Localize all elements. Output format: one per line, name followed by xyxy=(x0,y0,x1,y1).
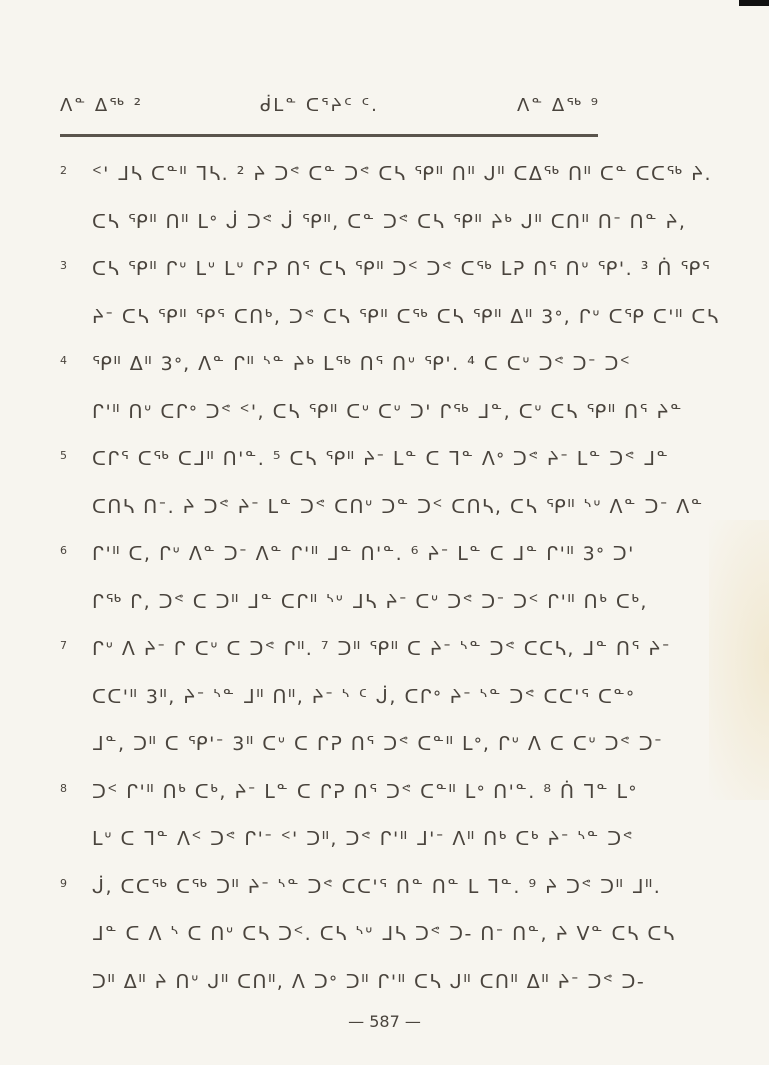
text-line: ᒪᐡ ᑕ ᒣᓐ ᐱᑉ ᑐᕝ ᒋ'ᐨ ᑉ' ᑐᐦ, ᑐᕝ ᒋ'ᐦ ᒧ'ᐨ ᐱᐦ ᑎ… xyxy=(72,817,602,865)
verse-number: 4 xyxy=(60,339,69,383)
text-line: 2ᑉ' ᒧᓴ ᑕᓐᐦ ᒣᓴ. ² ᔨ ᑐᕝ ᑕᓐ ᑐᕝ ᑕᓴ ᕿᐦ ᑎᐦ ᒍᐦ … xyxy=(72,152,602,200)
text-line: 6ᒋ'ᐦ ᑕ, ᒋᐡ ᐱᓐ ᑐᐨ ᐱᓐ ᒋ'ᐦ ᒧᓐ ᑎ'ᓐ. ⁶ ᔨᐨ ᒪᓐ … xyxy=(72,532,602,580)
line-text: ᒋ'ᐦ ᑎᐡ ᑕᒋᐤ ᑐᕝ ᑉ', ᑕᓴ ᕿᐦ ᑕᐡ ᑕᐡ ᑐ' ᒋᖅ ᒧᓐ, … xyxy=(72,401,683,423)
verse-number: 2 xyxy=(60,149,69,193)
text-line: 9ᒎ, ᑕᑕᖅ ᑕᖅ ᑐᐦ ᔨᐨ ᔅᓐ ᑐᕝ ᑕᑕ'ᕐ ᑎᓐ ᑎᓐ ᒪ ᒣᓐ. … xyxy=(72,865,602,913)
line-text: ᒎ, ᑕᑕᖅ ᑕᖅ ᑐᐦ ᔨᐨ ᔅᓐ ᑐᕝ ᑕᑕ'ᕐ ᑎᓐ ᑎᓐ ᒪ ᒣᓐ. ⁹… xyxy=(72,876,661,898)
header-rule xyxy=(60,134,598,137)
text-line: ᒋᖅ ᒋ, ᑐᕝ ᑕ ᑐᐦ ᒧᓐ ᑕᒋᐦ ᔅᐡ ᒧᓴ ᔨᐨ ᑕᐡ ᑐᕝ ᑐᐨ ᑐ… xyxy=(72,580,602,628)
verse-number: 9 xyxy=(60,862,69,906)
line-text: ᑕᓴ ᕿᐦ ᒋᐡ ᒪᐡ ᒪᐡ ᒋᕈ ᑎᕐ ᑕᓴ ᕿᐦ ᑐᑉ ᑐᕝ ᑕᖅ ᒪᕈ ᑎ… xyxy=(72,258,711,280)
line-text: ᑕᑕ'ᐦ 3ᐦ, ᔨᐨ ᔅᓐ ᒧᐦ ᑎᐦ, ᔨᐨ ᔅ ᑦ ᒎ, ᑕᒋᐤ ᔨᐨ ᔅ… xyxy=(72,686,635,708)
line-text: ᕿᐦ ᐃᐦ 3ᐤ, ᐱᓐ ᒋᐦ ᔅᓐ ᔨᒃ ᒪᖅ ᑎᕐ ᑎᐡ ᕿ'. ⁴ ᑕ ᑕ… xyxy=(72,353,631,375)
header-left-reference: ᐱᓐ ᐃᖅ ² xyxy=(60,95,143,116)
header-book-title: ᑰᒪᓐ ᑕᕐᔨᑦ ᑦ. xyxy=(260,95,379,116)
text-line: 7ᒋᐡ ᐱ ᔨᐨ ᒋ ᑕᐡ ᑕ ᑐᕝ ᒋᐦ. ⁷ ᑐᐦ ᕿᐦ ᑕ ᔨᐨ ᔅᓐ ᑐ… xyxy=(72,627,602,675)
line-text: ᒋᐡ ᐱ ᔨᐨ ᒋ ᑕᐡ ᑕ ᑐᕝ ᒋᐦ. ⁷ ᑐᐦ ᕿᐦ ᑕ ᔨᐨ ᔅᓐ ᑐᕝ… xyxy=(72,638,671,660)
text-body: 2ᑉ' ᒧᓴ ᑕᓐᐦ ᒣᓴ. ² ᔨ ᑐᕝ ᑕᓐ ᑐᕝ ᑕᓴ ᕿᐦ ᑎᐦ ᒍᐦ … xyxy=(72,152,602,1007)
verse-number: 3 xyxy=(60,244,69,288)
text-line: 4ᕿᐦ ᐃᐦ 3ᐤ, ᐱᓐ ᒋᐦ ᔅᓐ ᔨᒃ ᒪᖅ ᑎᕐ ᑎᐡ ᕿ'. ⁴ ᑕ … xyxy=(72,342,602,390)
text-line: 8ᑐᑉ ᒋ'ᐦ ᑎᒃ ᑕᒃ, ᔨᐨ ᒪᓐ ᑕ ᒋᕈ ᑎᕐ ᑐᕝ ᑕᓐᐦ ᒪᐤ ᑎ… xyxy=(72,770,602,818)
verse-number: 5 xyxy=(60,434,69,478)
line-text: ᑐᑉ ᒋ'ᐦ ᑎᒃ ᑕᒃ, ᔨᐨ ᒪᓐ ᑕ ᒋᕈ ᑎᕐ ᑐᕝ ᑕᓐᐦ ᒪᐤ ᑎ'… xyxy=(72,781,638,803)
verse-number: 8 xyxy=(60,767,69,811)
verse-number: 7 xyxy=(60,624,69,668)
line-text: ᑕᓴ ᕿᐦ ᑎᐦ ᒪᐤ ᒎ ᑐᕝ ᒎ ᕿᐦ, ᑕᓐ ᑐᕝ ᑕᓴ ᕿᐦ ᔨᒃ ᒍᐦ… xyxy=(72,211,686,233)
line-text: ᒋᖅ ᒋ, ᑐᕝ ᑕ ᑐᐦ ᒧᓐ ᑕᒋᐦ ᔅᐡ ᒧᓴ ᔨᐨ ᑕᐡ ᑐᕝ ᑐᐨ ᑐ… xyxy=(72,591,648,613)
text-line: ᑕᑎᓴ ᑎᐨ. ᔨ ᑐᕝ ᔨᐨ ᒪᓐ ᑐᕝ ᑕᑎᐡ ᑐᓐ ᑐᑉ ᑕᑎᓴ, ᑕᓴ … xyxy=(72,485,602,533)
paper-stain xyxy=(709,520,769,800)
line-text: ᒪᐡ ᑕ ᒣᓐ ᐱᑉ ᑐᕝ ᒋ'ᐨ ᑉ' ᑐᐦ, ᑐᕝ ᒋ'ᐦ ᒧ'ᐨ ᐱᐦ ᑎ… xyxy=(72,828,634,850)
line-text: ᑕᒋᕐ ᑕᖅ ᑕᒧᐦ ᑎ'ᓐ. ⁵ ᑕᓴ ᕿᐦ ᔨᐨ ᒪᓐ ᑕ ᒣᓐ ᐱᐤ ᑐᕝ… xyxy=(72,448,669,470)
line-text: ᑐᐦ ᐃᐦ ᔨ ᑎᐡ ᒍᐦ ᑕᑎᐦ, ᐱ ᑐᐤ ᑐᐦ ᒋ'ᐦ ᑕᓴ ᒍᐦ ᑕᑎᐦ… xyxy=(72,971,645,993)
page-number: — 587 — xyxy=(0,1012,769,1031)
text-line: ᑕᑕ'ᐦ 3ᐦ, ᔨᐨ ᔅᓐ ᒧᐦ ᑎᐦ, ᔨᐨ ᔅ ᑦ ᒎ, ᑕᒋᐤ ᔨᐨ ᔅ… xyxy=(72,675,602,723)
running-header: ᐱᓐ ᐃᖅ ² ᑰᒪᓐ ᑕᕐᔨᑦ ᑦ. ᐱᓐ ᐃᖅ ⁹ xyxy=(60,95,600,125)
text-line: ᔨᐨ ᑕᓴ ᕿᐦ ᕿᕐ ᑕᑎᒃ, ᑐᕝ ᑕᓴ ᕿᐦ ᑕᖅ ᑕᓴ ᕿᐦ ᐃᐦ 3ᐤ… xyxy=(72,295,602,343)
line-text: ᒧᓐ, ᑐᐦ ᑕ ᕿ'ᐨ 3ᐦ ᑕᐡ ᑕ ᒋᕈ ᑎᕐ ᑐᕝ ᑕᓐᐦ ᒪᐤ, ᒋᐡ… xyxy=(72,733,663,755)
line-text: ᒧᓐ ᑕ ᐱ ᔅ ᑕ ᑎᐡ ᑕᓴ ᑐᑉ. ᑕᓴ ᔅᐡ ᒧᓴ ᑐᕝ ᑐ- ᑎᐨ ᑎ… xyxy=(72,923,676,945)
line-text: ᔨᐨ ᑕᓴ ᕿᐦ ᕿᕐ ᑕᑎᒃ, ᑐᕝ ᑕᓴ ᕿᐦ ᑕᖅ ᑕᓴ ᕿᐦ ᐃᐦ 3ᐤ… xyxy=(72,306,720,328)
text-line: 5ᑕᒋᕐ ᑕᖅ ᑕᒧᐦ ᑎ'ᓐ. ⁵ ᑕᓴ ᕿᐦ ᔨᐨ ᒪᓐ ᑕ ᒣᓐ ᐱᐤ ᑐ… xyxy=(72,437,602,485)
verse-number: 6 xyxy=(60,529,69,573)
text-line: 3ᑕᓴ ᕿᐦ ᒋᐡ ᒪᐡ ᒪᐡ ᒋᕈ ᑎᕐ ᑕᓴ ᕿᐦ ᑐᑉ ᑐᕝ ᑕᖅ ᒪᕈ … xyxy=(72,247,602,295)
text-line: ᒧᓐ ᑕ ᐱ ᔅ ᑕ ᑎᐡ ᑕᓴ ᑐᑉ. ᑕᓴ ᔅᐡ ᒧᓴ ᑐᕝ ᑐ- ᑎᐨ ᑎ… xyxy=(72,912,602,960)
header-right-reference: ᐱᓐ ᐃᖅ ⁹ xyxy=(517,95,600,116)
text-line: ᑐᐦ ᐃᐦ ᔨ ᑎᐡ ᒍᐦ ᑕᑎᐦ, ᐱ ᑐᐤ ᑐᐦ ᒋ'ᐦ ᑕᓴ ᒍᐦ ᑕᑎᐦ… xyxy=(72,960,602,1008)
line-text: ᒋ'ᐦ ᑕ, ᒋᐡ ᐱᓐ ᑐᐨ ᐱᓐ ᒋ'ᐦ ᒧᓐ ᑎ'ᓐ. ⁶ ᔨᐨ ᒪᓐ ᑕ… xyxy=(72,543,635,565)
line-text: ᑉ' ᒧᓴ ᑕᓐᐦ ᒣᓴ. ² ᔨ ᑐᕝ ᑕᓐ ᑐᕝ ᑕᓴ ᕿᐦ ᑎᐦ ᒍᐦ ᑕ… xyxy=(72,163,712,185)
scan-corner-mark xyxy=(739,0,769,6)
text-line: ᑕᓴ ᕿᐦ ᑎᐦ ᒪᐤ ᒎ ᑐᕝ ᒎ ᕿᐦ, ᑕᓐ ᑐᕝ ᑕᓴ ᕿᐦ ᔨᒃ ᒍᐦ… xyxy=(72,200,602,248)
text-line: ᒋ'ᐦ ᑎᐡ ᑕᒋᐤ ᑐᕝ ᑉ', ᑕᓴ ᕿᐦ ᑕᐡ ᑕᐡ ᑐ' ᒋᖅ ᒧᓐ, … xyxy=(72,390,602,438)
line-text: ᑕᑎᓴ ᑎᐨ. ᔨ ᑐᕝ ᔨᐨ ᒪᓐ ᑐᕝ ᑕᑎᐡ ᑐᓐ ᑐᑉ ᑕᑎᓴ, ᑕᓴ … xyxy=(72,496,704,518)
text-line: ᒧᓐ, ᑐᐦ ᑕ ᕿ'ᐨ 3ᐦ ᑕᐡ ᑕ ᒋᕈ ᑎᕐ ᑐᕝ ᑕᓐᐦ ᒪᐤ, ᒋᐡ… xyxy=(72,722,602,770)
